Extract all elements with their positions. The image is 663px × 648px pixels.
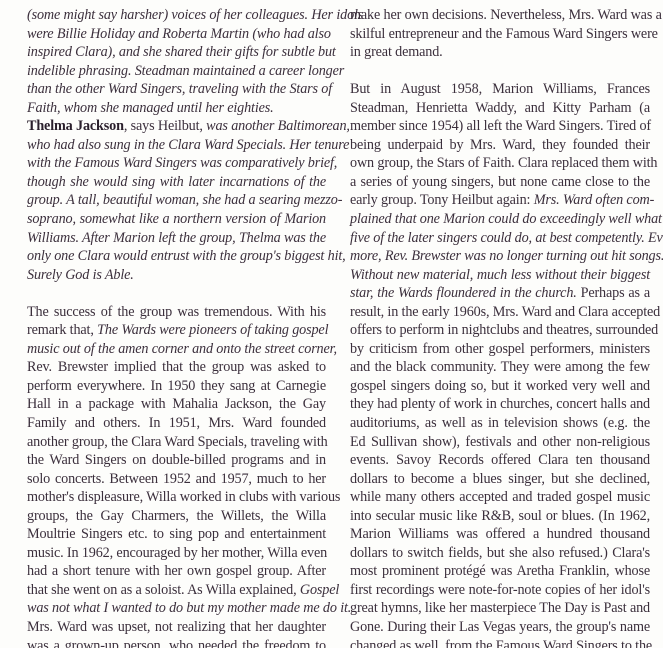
text-line: first recordings were note-for-note copi… (350, 581, 650, 600)
text-line: auditoriums, as well as in television sh… (350, 414, 650, 433)
text-run: gospel singers doing so, but it worked v… (350, 378, 650, 394)
italic-quote: five of the later singers could do, at b… (350, 230, 663, 246)
text-run: dollars to switch fields, but she also r… (350, 545, 650, 561)
text-run: groups, the Gay Charmers, the Willets, t… (27, 508, 326, 524)
text-run: music. In 1962, encouraged by her mother… (27, 545, 327, 561)
italic-quote: music out of the amen corner and onto th… (27, 341, 337, 357)
text-run: most prominent protégé was Aretha Frankl… (350, 563, 650, 579)
italic-quote: more, Rev. Brewster was no longer turnin… (350, 248, 663, 264)
text-run: a series of young singers, but none came… (350, 174, 650, 190)
text-line: (some might say harsher) voices of her c… (27, 6, 326, 25)
italic-quote: who had also sung in the Clara Ward Spec… (27, 137, 349, 153)
left-column: (some might say harsher) voices of her c… (27, 6, 326, 648)
text-run: events. Savoy Records offered Clara ten … (350, 452, 650, 468)
text-line: soprano, somewhat like a northern versio… (27, 210, 326, 229)
text-run: result, in the early 1960s, Mrs. Ward an… (350, 304, 660, 320)
text-line: gospel singers doing so, but it worked v… (350, 377, 650, 396)
text-line: The success of the group was tremendous.… (27, 303, 326, 322)
text-line: Steadman, Henrietta Waddy, and Kitty Par… (350, 99, 650, 118)
text-line: Gone. During their Las Vegas years, the … (350, 618, 650, 637)
text-run: Steadman, Henrietta Waddy, and Kitty Par… (350, 100, 650, 116)
text-line: music out of the amen corner and onto th… (27, 340, 326, 359)
text-line: Family and others. In 1951, Mrs. Ward fo… (27, 414, 326, 433)
text-run: had a short tenure with her own gospel g… (27, 563, 326, 579)
text-run: skilful entrepreneur and the Famous Ward… (350, 26, 658, 42)
text-line: star, the Wards floundered in the church… (350, 284, 650, 303)
bold-name: Thelma Jackson (27, 118, 124, 134)
text-run: Family and others. In 1951, Mrs. Ward fo… (27, 415, 326, 431)
text-run: perform everywhere. In 1950 they sang at… (27, 378, 326, 394)
text-line: plained that one Marion could do exceedi… (350, 210, 650, 229)
text-line: though she would sing with later incarna… (27, 173, 326, 192)
paragraph-thelma-jackson: Thelma Jackson, says Heilbut, was anothe… (27, 117, 326, 284)
text-line: Hall in a package with Mahalia Jackson, … (27, 395, 326, 414)
text-run: auditoriums, as well as in television sh… (350, 415, 650, 431)
text-run: own group, the Stars of Faith. Clara rep… (350, 155, 657, 171)
text-run: Gone. During their Las Vegas years, the … (350, 619, 650, 635)
text-run: Moultrie Singers etc. to sing pop and en… (27, 526, 326, 542)
text-run: Ed Sullivan show), festivals and other n… (350, 434, 650, 450)
italic-quote: were Billie Holiday and Roberta Martin (… (27, 26, 331, 42)
text-line: group. A tall, beautiful woman, she had … (27, 191, 326, 210)
italic-quote: (some might say harsher) voices of her c… (27, 7, 363, 23)
text-line: Faith, whom she managed until her eighti… (27, 99, 326, 118)
text-line: were Billie Holiday and Roberta Martin (… (27, 25, 326, 44)
italic-quote: Williams. After Marion left the group, T… (27, 230, 326, 246)
text-run: and the black community. They were among… (350, 359, 650, 375)
text-line: music. In 1962, encouraged by her mother… (27, 544, 326, 563)
text-line: being underpaid by Mrs. Ward, they found… (350, 136, 650, 155)
text-line: dollars to become a blues singer, but sh… (350, 470, 650, 489)
text-line: groups, the Gay Charmers, the Willets, t… (27, 507, 326, 526)
text-run: remark that, (27, 322, 97, 338)
paragraph-steadman-continued: (some might say harsher) voices of her c… (27, 6, 326, 117)
text-line: who had also sung in the Clara Ward Spec… (27, 136, 326, 155)
text-run: dollars to become a blues singer, but sh… (350, 471, 650, 487)
text-line: and the black community. They were among… (350, 358, 650, 377)
text-line: Surely God is Able. (27, 266, 326, 285)
paragraph-august-1958: But in August 1958, Marion Williams, Fra… (350, 80, 650, 648)
text-run: , says Heilbut, (124, 118, 206, 134)
text-run: make her own decisions. Nevertheless, Mr… (350, 7, 662, 23)
text-run: by criticism from other gospel performer… (350, 341, 650, 357)
text-line: than the other Ward Singers, traveling w… (27, 80, 326, 99)
italic-quote: plained that one Marion could do exceedi… (350, 211, 662, 227)
text-run: Mrs. Ward was upset, not realizing that … (27, 619, 326, 635)
text-run: offers to perform in nightclubs and thea… (350, 322, 658, 338)
italic-quote: though she would sing with later incarna… (27, 174, 326, 190)
text-line: was a grown-up person, who needed the fr… (27, 637, 326, 648)
text-run: they had plenty of work in churches, con… (350, 396, 650, 412)
italic-quote: star, the Wards floundered in the church… (350, 285, 577, 301)
text-line: they had plenty of work in churches, con… (350, 395, 650, 414)
text-run: while many others accepted and traded go… (350, 489, 650, 505)
text-line: Thelma Jackson, says Heilbut, was anothe… (27, 117, 326, 136)
italic-quote: soprano, somewhat like a northern versio… (27, 211, 326, 227)
text-line: perform everywhere. In 1950 they sang at… (27, 377, 326, 396)
italic-quote: only one Clara would entrust with the gr… (27, 248, 346, 264)
text-line: result, in the early 1960s, Mrs. Ward an… (350, 303, 650, 322)
text-line: solo concerts. Between 1952 and 1957, mu… (27, 470, 326, 489)
text-run: changed as well, from the Famous Ward Si… (350, 638, 652, 648)
text-run: But in August 1958, Marion Williams, Fra… (350, 81, 650, 97)
text-line: changed as well, from the Famous Ward Si… (350, 637, 650, 648)
text-run: first recordings were note-for-note copi… (350, 582, 650, 598)
text-run: early group. Tony Heilbut again: (350, 192, 534, 208)
text-line: Williams. After Marion left the group, T… (27, 229, 326, 248)
text-run: Rev. Brewster implied that the group was… (27, 359, 326, 375)
text-line: by criticism from other gospel performer… (350, 340, 650, 359)
text-run: member since 1954) all left the Ward Sin… (350, 118, 651, 134)
text-line: inspired Clara), and she shared their gi… (27, 43, 326, 62)
text-line: remark that, The Wards were pioneers of … (27, 321, 326, 340)
text-run: in great demand. (350, 44, 443, 60)
text-run: another group, the Clara Ward Specials, … (27, 434, 328, 450)
text-line: five of the later singers could do, at b… (350, 229, 650, 248)
text-run: into secular music like R&B, soul or blu… (350, 508, 650, 524)
text-line: indelible phrasing. Steadman maintained … (27, 62, 326, 81)
text-line: more, Rev. Brewster was no longer turnin… (350, 247, 650, 266)
italic-quote: Faith, whom she managed until her eighti… (27, 100, 274, 116)
text-line: early group. Tony Heilbut again: Mrs. Wa… (350, 191, 650, 210)
text-line: a series of young singers, but none came… (350, 173, 650, 192)
text-run: being underpaid by Mrs. Ward, they found… (350, 137, 650, 153)
text-line: Moultrie Singers etc. to sing pop and en… (27, 525, 326, 544)
italic-quote: was not what I wanted to do but my mothe… (27, 600, 351, 616)
italic-quote: Surely God is Able. (27, 267, 134, 283)
paragraph-gap (27, 284, 326, 303)
text-run: solo concerts. Between 1952 and 1957, mu… (27, 471, 326, 487)
italic-quote: indelible phrasing. Steadman maintained … (27, 63, 344, 79)
text-line: Rev. Brewster implied that the group was… (27, 358, 326, 377)
text-line: make her own decisions. Nevertheless, Mr… (350, 6, 650, 25)
text-line: Without new material, much less without … (350, 266, 650, 285)
text-line: Mrs. Ward was upset, not realizing that … (27, 618, 326, 637)
text-line: events. Savoy Records offered Clara ten … (350, 451, 650, 470)
text-line: had a short tenure with her own gospel g… (27, 562, 326, 581)
right-column: make her own decisions. Nevertheless, Mr… (350, 6, 650, 648)
paragraph-gap (350, 62, 650, 81)
italic-quote: group. A tall, beautiful woman, she had … (27, 192, 342, 208)
text-run: The success of the group was tremendous.… (27, 304, 326, 320)
text-line: offers to perform in nightclubs and thea… (350, 321, 650, 340)
text-run: great hymns, like her masterpiece The Da… (350, 600, 650, 616)
text-line: member since 1954) all left the Ward Sin… (350, 117, 650, 136)
paragraph-group-success: The success of the group was tremendous.… (27, 303, 326, 648)
text-line: mother's displeasure, Willa worked in cl… (27, 488, 326, 507)
text-line: only one Clara would entrust with the gr… (27, 247, 326, 266)
text-line: with the Famous Ward Singers was compara… (27, 154, 326, 173)
italic-quote: Without new material, much less without … (350, 267, 650, 283)
text-run: was a grown-up person, who needed the fr… (27, 638, 326, 648)
italic-quote: Gospel (300, 582, 339, 598)
text-line: most prominent protégé was Aretha Frankl… (350, 562, 650, 581)
text-line: that she went on as a soloist. As Willa … (27, 581, 326, 600)
text-line: into secular music like R&B, soul or blu… (350, 507, 650, 526)
italic-quote: than the other Ward Singers, traveling w… (27, 81, 332, 97)
text-line: the Ward Singers on double-billed progra… (27, 451, 326, 470)
text-line: dollars to switch fields, but she also r… (350, 544, 650, 563)
text-run: Hall in a package with Mahalia Jackson, … (27, 396, 326, 412)
text-line: Marion Williams was offered a hundred th… (350, 525, 650, 544)
text-line: But in August 1958, Marion Williams, Fra… (350, 80, 650, 99)
italic-quote: was another Baltimorean, (206, 118, 350, 134)
italic-quote: inspired Clara), and she shared their gi… (27, 44, 336, 60)
text-line: skilful entrepreneur and the Famous Ward… (350, 25, 650, 44)
text-line: was not what I wanted to do but my mothe… (27, 599, 326, 618)
italic-quote: The Wards were pioneers of taking gospel (97, 322, 328, 338)
italic-quote: with the Famous Ward Singers was compara… (27, 155, 337, 171)
text-line: great hymns, like her masterpiece The Da… (350, 599, 650, 618)
italic-quote: Mrs. Ward often com- (534, 192, 654, 208)
text-run: Marion Williams was offered a hundred th… (350, 526, 650, 542)
text-run: Perhaps as a (577, 285, 650, 301)
paragraph-own-decisions: make her own decisions. Nevertheless, Mr… (350, 6, 650, 62)
text-line: while many others accepted and traded go… (350, 488, 650, 507)
text-line: in great demand. (350, 43, 650, 62)
text-line: another group, the Clara Ward Specials, … (27, 433, 326, 452)
text-run: the Ward Singers on double-billed progra… (27, 452, 326, 468)
text-line: own group, the Stars of Faith. Clara rep… (350, 154, 650, 173)
text-line: Ed Sullivan show), festivals and other n… (350, 433, 650, 452)
text-run: that she went on as a soloist. As Willa … (27, 582, 300, 598)
text-run: mother's displeasure, Willa worked in cl… (27, 489, 340, 505)
